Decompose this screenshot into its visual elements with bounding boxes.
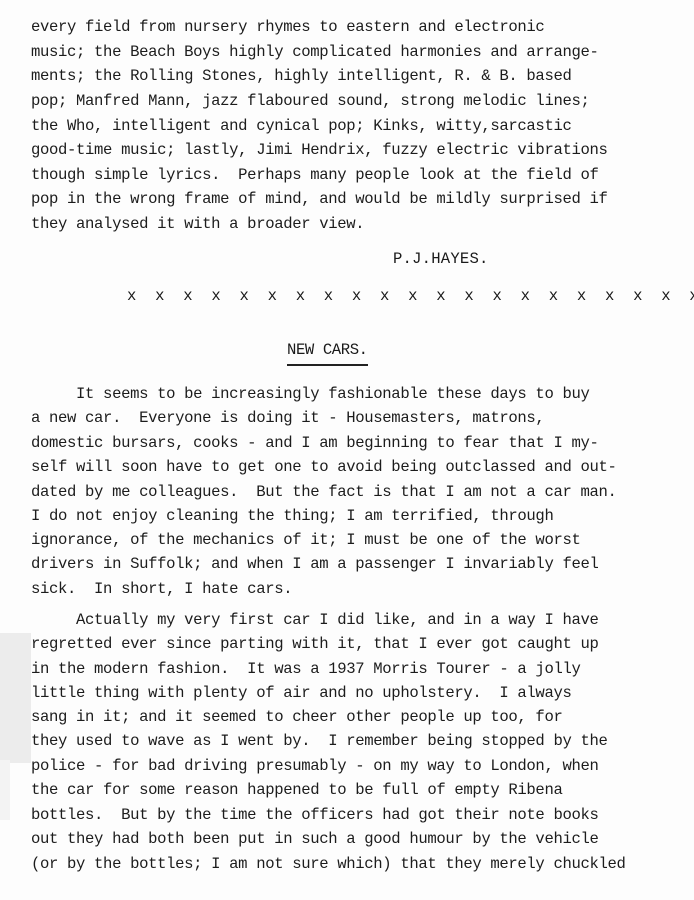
text-line: sang in it; and it seemed to cheer other… [31, 707, 562, 727]
section-divider: x x x x x x x x x x x x x x x x x x x x … [127, 287, 694, 305]
text-line: I do not enjoy cleaning the thing; I am … [31, 506, 553, 526]
text-line: dated by me colleagues. But the fact is … [31, 482, 617, 502]
text-line: Actually my very first car I did like, a… [31, 610, 599, 630]
text-line: bottles. But by the time the officers ha… [31, 805, 599, 825]
text-line: pop in the wrong frame of mind, and woul… [31, 189, 608, 209]
text-line: the car for some reason happened to be f… [31, 780, 562, 800]
text-line: regretted ever since parting with it, th… [31, 634, 599, 654]
text-line: good-time music; lastly, Jimi Hendrix, f… [31, 140, 608, 160]
article-title: NEW CARS. [287, 341, 368, 359]
text-line: ments; the Rolling Stones, highly intell… [31, 66, 571, 86]
text-line: the Who, intelligent and cynical pop; Ki… [31, 116, 571, 136]
text-line: drivers in Suffolk; and when I am a pass… [31, 554, 599, 574]
text-line: out they had both been put in such a goo… [31, 829, 599, 849]
text-line: though simple lyrics. Perhaps many peopl… [31, 165, 599, 185]
text-line: little thing with plenty of air and no u… [31, 683, 571, 703]
text-line: they used to wave as I went by. I rememb… [31, 731, 608, 751]
text-line: every field from nursery rhymes to easte… [31, 17, 544, 37]
author-signature: P.J.HAYES. [393, 250, 489, 268]
text-line: (or by the bottles; I am not sure which)… [31, 854, 626, 874]
text-line: in the modern fashion. It was a 1937 Mor… [31, 659, 580, 679]
scan-shadow [0, 760, 10, 820]
title-underline [287, 364, 368, 366]
text-line: police - for bad driving presumably - on… [31, 756, 599, 776]
text-line: ignorance, of the mechanics of it; I mus… [31, 530, 580, 550]
text-line: domestic bursars, cooks - and I am begin… [31, 433, 599, 453]
text-line: self will soon have to get one to avoid … [31, 457, 617, 477]
text-line: sick. In short, I hate cars. [31, 579, 292, 599]
text-line: a new car. Everyone is doing it - Housem… [31, 408, 544, 428]
typewritten-page: every field from nursery rhymes to easte… [0, 0, 694, 900]
text-line: It seems to be increasingly fashionable … [31, 384, 589, 404]
text-line: they analysed it with a broader view. [31, 214, 364, 234]
text-line: pop; Manfred Mann, jazz flaboured sound,… [31, 91, 589, 111]
scan-shadow [0, 633, 31, 763]
text-line: music; the Beach Boys highly complicated… [31, 42, 599, 62]
